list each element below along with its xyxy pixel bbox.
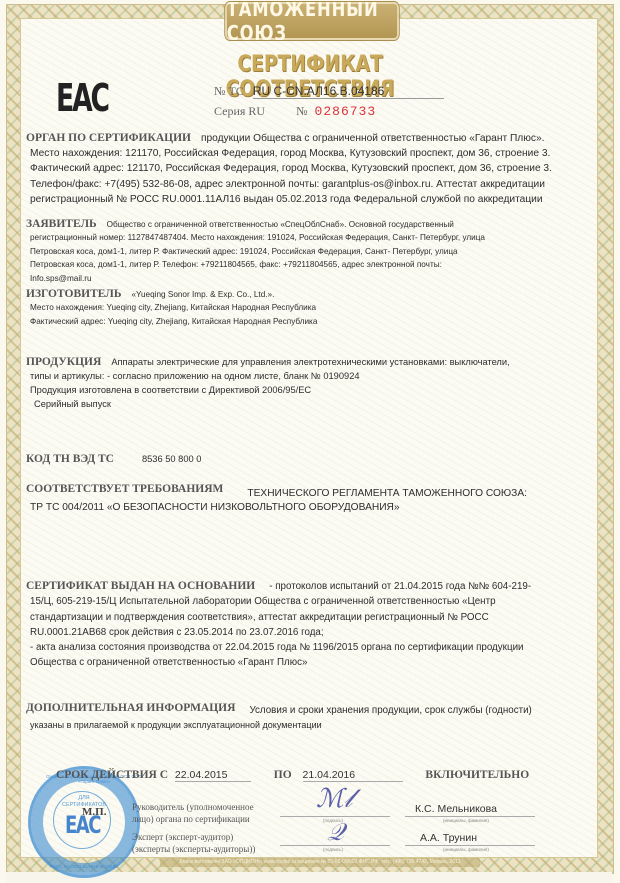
- certification-body-section: ОРГАН ПО СЕРТИФИКАЦИИпродукции Общества …: [26, 131, 592, 207]
- text-line: RU.0001.21АВ68 срок действия с 23.05.201…: [26, 625, 592, 640]
- stamp-text: ДЛЯ: [31, 795, 137, 802]
- tn-ved-code: 8536 50 800 0: [142, 454, 201, 464]
- text-line: Продукция изготовлена в соответствии с Д…: [26, 383, 592, 397]
- text-line: типы и артикулы: - согласно приложению н…: [26, 369, 592, 383]
- name-caption: (инициалы, фамилия): [443, 818, 489, 823]
- text-line: Info.sps@mail.ru: [26, 272, 592, 285]
- text-line: лицо) органа по сертификации: [132, 813, 254, 825]
- text-line: «Yueqing Sonor Imp. & Exp. Co., Ltd.».: [131, 290, 274, 299]
- text-line: Общество с ограниченной ответственностью…: [107, 220, 454, 229]
- head-name: К.С. Мельникова: [415, 803, 497, 815]
- section-label: ПРОДУКЦИЯ: [26, 356, 101, 368]
- expert-label: Эксперт (эксперт-аудитор) (эксперты (экс…: [132, 831, 255, 855]
- section-label: ОРГАН ПО СЕРТИФИКАЦИИ: [26, 132, 191, 144]
- text-line: - акта анализа состояния производства от…: [26, 640, 592, 655]
- inclusive-label: ВКЛЮЧИТЕЛЬНО: [425, 769, 529, 781]
- blank-printer-footer: Бланк изготовлен ЗАО «ОПЦИОН», www.opcio…: [160, 858, 480, 867]
- customs-union-banner: ТАМОЖЕННЫЙ СОЮЗ: [225, 2, 399, 40]
- text-line: регистрационный № РОСС RU.0001.11АЛ16 вы…: [26, 192, 592, 207]
- validity-from-date: 22.04.2015: [175, 769, 251, 782]
- tc-number-label: № ТС: [214, 84, 244, 98]
- text-line: Руководитель (уполномоченное: [132, 801, 254, 813]
- series-number-label: №: [296, 104, 307, 118]
- name-caption: (инициалы, фамилия): [443, 847, 489, 852]
- section-label: ДОПОЛНИТЕЛЬНАЯ ИНФОРМАЦИЯ: [26, 702, 235, 714]
- text-line: ТР ТС 004/2011 «О БЕЗОПАСНОСТИ НИЗКОВОЛЬ…: [26, 501, 592, 515]
- signature-caption: (подпись): [323, 847, 343, 852]
- section-label: ИЗГОТОВИТЕЛЬ: [26, 288, 121, 300]
- text-line: Условия и сроки хранения продукции, срок…: [249, 705, 531, 716]
- text-line: Фактический адрес: 121170, Российская Фе…: [26, 161, 592, 176]
- applicant-section: ЗАЯВИТЕЛЬОбщество с ограниченной ответст…: [26, 218, 592, 285]
- text-line: Общества с ограниченной ответственностью…: [26, 655, 592, 670]
- tn-ved-section: КОД ТН ВЭД ТС8536 50 800 0: [26, 452, 592, 466]
- text-line: Эксперт (эксперт-аудитор): [132, 831, 255, 843]
- text-line: Телефон/факс: +7(495) 532-86-08, адрес э…: [26, 177, 592, 192]
- text-line: Петровская коса, дом1-1, литер Р. Телефо…: [26, 258, 592, 271]
- basis-section: СЕРТИФИКАТ ВЫДАН НА ОСНОВАНИИ- протоколо…: [26, 579, 592, 671]
- text-line: стандартизации и подтверждения соответст…: [26, 610, 592, 625]
- section-label: ЗАЯВИТЕЛЬ: [26, 218, 97, 230]
- text-line: Фактический адрес: Yueqing city, Zhejian…: [26, 315, 592, 328]
- signature-line: [280, 816, 390, 817]
- text-line: Петровская коса, дом1-1, литер Р. Фактич…: [26, 245, 592, 258]
- eac-logo-icon: ЕАС: [56, 75, 91, 121]
- head-label: Руководитель (уполномоченное лицо) орган…: [132, 801, 254, 825]
- text-line: Место нахождения: 121170, Российская Фед…: [26, 146, 592, 161]
- text-line: Серийный выпуск: [26, 397, 592, 411]
- mp-seal-place: М.П.: [82, 806, 106, 818]
- certificate-page: Бланк изготовлен ЗАО «ОПЦИОН», www.opcio…: [0, 0, 620, 883]
- validity-to-date: 21.04.2016: [303, 769, 403, 782]
- expert-signature: 𝒬: [327, 818, 344, 846]
- series-row: Серия RU № 0286733: [214, 104, 376, 119]
- head-signature: ℳ𝓁: [316, 784, 352, 815]
- additional-info-section: ДОПОЛНИТЕЛЬНАЯ ИНФОРМАЦИЯУсловия и сроки…: [26, 700, 592, 733]
- section-label: КОД ТН ВЭД ТС: [26, 453, 114, 465]
- series-number-value: 0286733: [315, 104, 377, 119]
- compliance-section: СООТВЕТСТВУЕТ ТРЕБОВАНИЯМТЕХНИЧЕСКОГО РЕ…: [26, 482, 592, 515]
- series-label: Серия RU: [214, 104, 265, 118]
- name-line: [405, 845, 535, 846]
- text-line: продукции Общества с ограниченной ответс…: [201, 133, 544, 144]
- text-line: Место нахождения: Yueqing city, Zhejiang…: [26, 301, 592, 314]
- manufacturer-section: ИЗГОТОВИТЕЛЬ«Yueqing Sonor Imp. & Exp. C…: [26, 288, 592, 328]
- seal-stamp: Орган по сертификации продукции ОСП ООО …: [28, 766, 140, 878]
- section-label: СЕРТИФИКАТ ВЫДАН НА ОСНОВАНИИ: [26, 580, 255, 592]
- validity-row: СРОК ДЕЙСТВИЯ С 22.04.2015 ПО 21.04.2016…: [56, 769, 529, 782]
- product-section: ПРОДУКЦИЯАппараты электрические для упра…: [26, 355, 592, 411]
- section-label: СООТВЕТСТВУЕТ ТРЕБОВАНИЯМ: [26, 483, 223, 495]
- text-line: - протоколов испытаний от 21.04.2015 год…: [269, 581, 531, 592]
- stamp-bottom-text: РОСС RU.0001.11АЛ16 МОСКВА: [31, 864, 137, 869]
- text-line: ТЕХНИЧЕСКОГО РЕГЛАМЕНТА ТАМОЖЕННОГО СОЮЗ…: [247, 488, 527, 499]
- tc-number-row: № ТС RU C-CN.АЛ16.В.04186: [214, 84, 444, 99]
- validity-to-label: ПО: [274, 769, 292, 781]
- text-line: регистрационный номер: 1127847487404. Ме…: [26, 231, 592, 244]
- text-line: 15/Ц, 605-219-15/Ц Испытательной лаборат…: [26, 594, 592, 609]
- text-line: Аппараты электрические для управления эл…: [111, 357, 509, 367]
- name-line: [405, 816, 535, 817]
- expert-name: А.А. Трунин: [420, 832, 477, 844]
- tc-number-value: RU C-CN.АЛ16.В.04186: [253, 84, 445, 99]
- text-line: (эксперты (эксперты-аудиторы)): [132, 843, 255, 855]
- validity-from-label: СРОК ДЕЙСТВИЯ С: [56, 769, 168, 781]
- text-line: указаны в прилагаемой к продукции эксплу…: [26, 717, 592, 733]
